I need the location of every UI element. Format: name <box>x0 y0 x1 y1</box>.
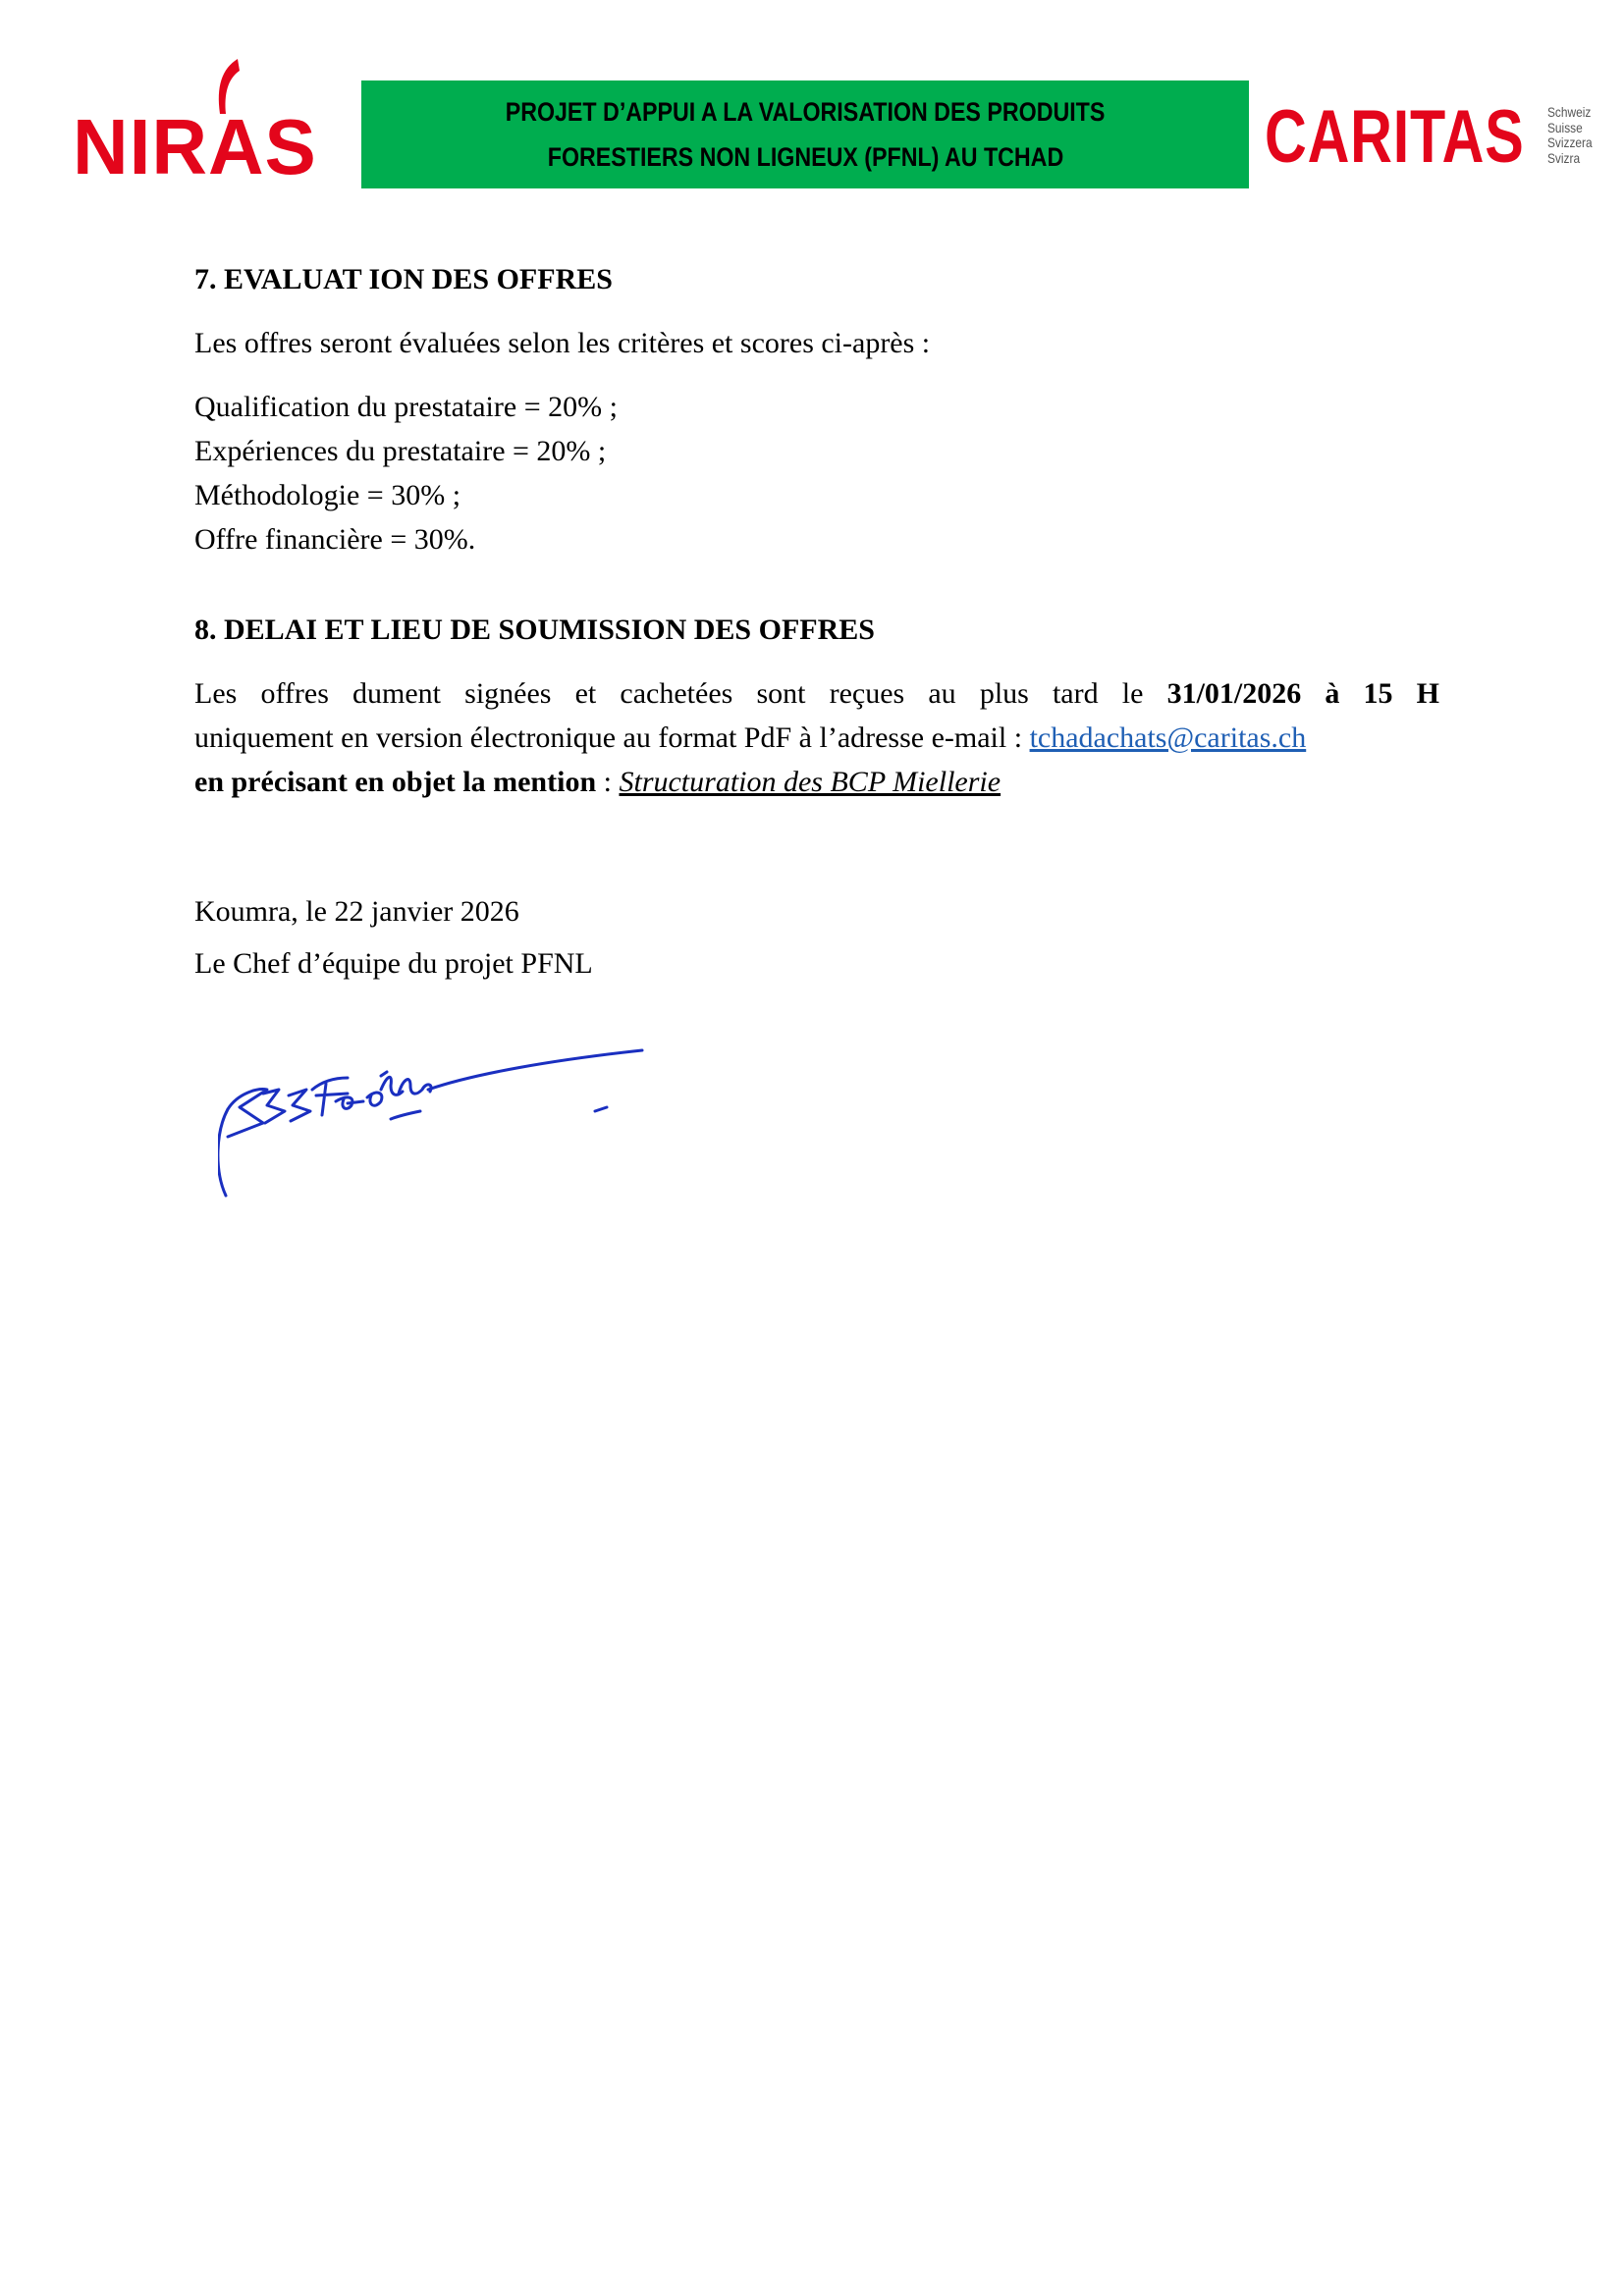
lang-fr: Suisse <box>1547 121 1593 136</box>
lang-it: Svizzera <box>1547 135 1593 151</box>
niras-logo-text: NIRAS <box>73 108 317 187</box>
submission-line-3: en précisant en objet la mention : Struc… <box>194 760 1439 804</box>
caritas-languages: Schweiz Suisse Svizzera Svizra <box>1547 105 1593 166</box>
niras-logo: NIRAS <box>73 57 330 175</box>
signatory-title: Le Chef d’équipe du projet PFNL <box>194 941 1439 986</box>
banner-line-2: FORESTIERS NON LIGNEUX (PFNL) AU TCHAD <box>547 134 1062 180</box>
criteria-item: Méthodologie = 30% ; <box>194 473 1439 517</box>
submission-paragraph: Les offres dument signées et cachetées s… <box>194 671 1439 804</box>
deadline: 31/01/2026 à 15 H <box>1167 677 1439 710</box>
banner-line-1: PROJET D’APPUI A LA VALORISATION DES PRO… <box>506 89 1106 134</box>
criteria-item: Offre financière = 30%. <box>194 517 1439 561</box>
section-8-title: 8. DELAI ET LIEU DE SOUMISSION DES OFFRE… <box>194 608 1439 652</box>
submission-line-1: Les offres dument signées et cachetées s… <box>194 671 1439 716</box>
caritas-logo: CARITAS Schweiz Suisse Svizzera Svizra <box>1265 103 1598 172</box>
separator: : <box>596 766 619 798</box>
place-date: Koumra, le 22 janvier 2026 <box>194 889 1439 934</box>
lang-rm: Svizra <box>1547 151 1593 167</box>
subject-mention: Structuration des BCP Miellerie <box>619 766 1001 798</box>
handwritten-signature <box>218 1013 660 1214</box>
subject-label: en précisant en objet la mention <box>194 766 596 798</box>
submission-line-2: uniquement en version électronique au fo… <box>194 716 1439 760</box>
criteria-list: Qualification du prestataire = 20% ; Exp… <box>194 385 1439 561</box>
caritas-logo-text: CARITAS <box>1265 103 1525 172</box>
submission-text-2: uniquement en version électronique au fo… <box>194 721 1030 754</box>
criteria-item: Expériences du prestataire = 20% ; <box>194 429 1439 473</box>
submission-text: Les offres dument signées et cachetées s… <box>194 677 1167 710</box>
lang-de: Schweiz <box>1547 105 1593 121</box>
criteria-item: Qualification du prestataire = 20% ; <box>194 385 1439 429</box>
section-7-intro: Les offres seront évaluées selon les cri… <box>194 321 1439 365</box>
email-link[interactable]: tchadachats@caritas.ch <box>1030 721 1307 754</box>
section-7-title: 7. EVALUAT ION DES OFFRES <box>194 257 1439 301</box>
project-banner: PROJET D’APPUI A LA VALORISATION DES PRO… <box>361 80 1249 188</box>
document-body: 7. EVALUAT ION DES OFFRES Les offres ser… <box>194 257 1439 986</box>
